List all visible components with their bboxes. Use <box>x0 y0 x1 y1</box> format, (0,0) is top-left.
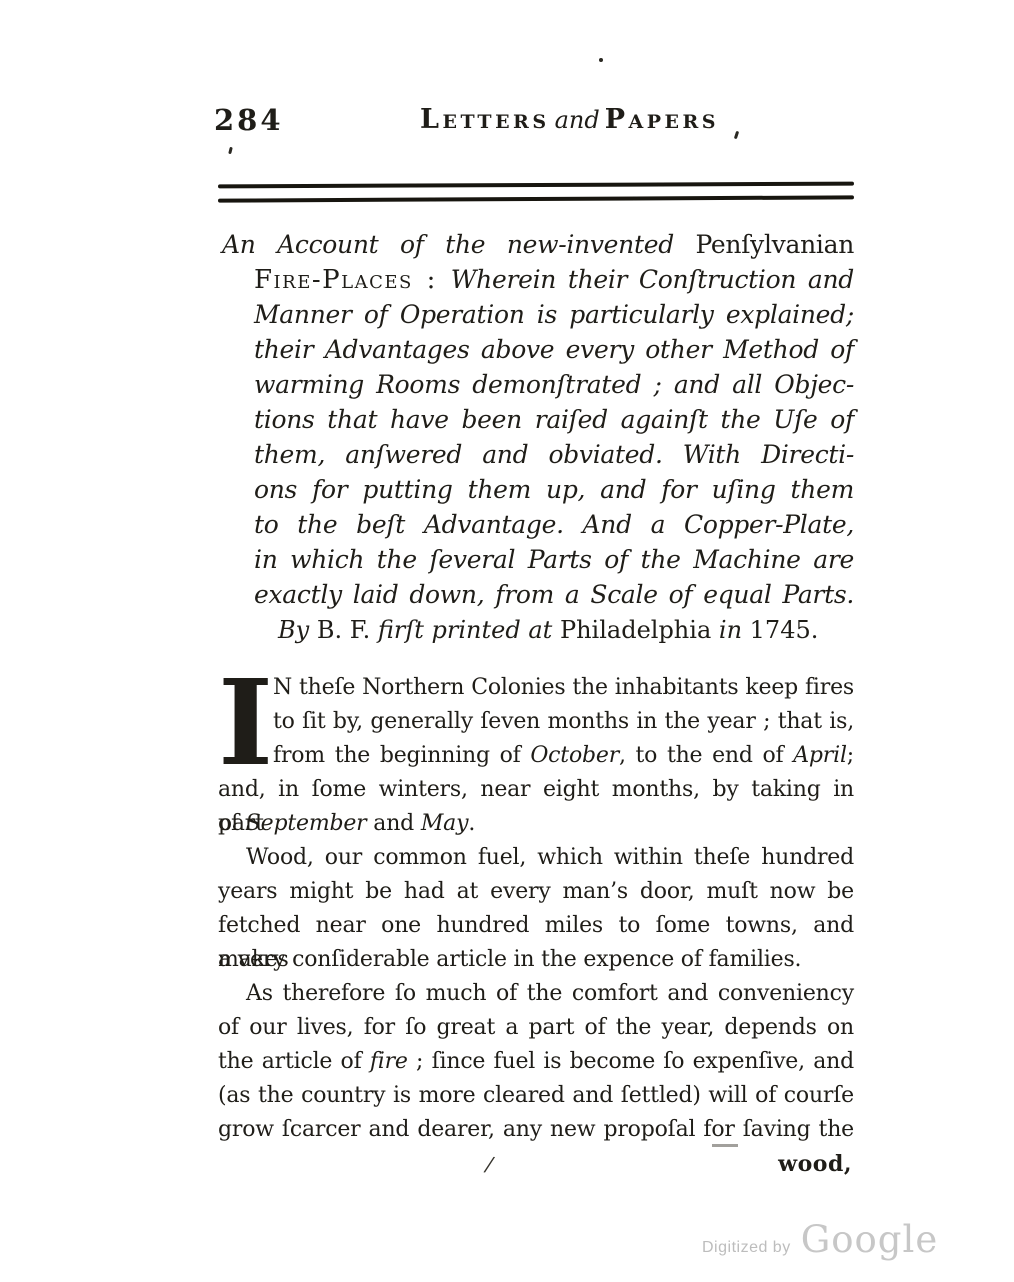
text-line: and, in ſome winters, near eight months,… <box>218 773 854 807</box>
title-line-11: exactly laid down, from a Scale of equal… <box>222 577 854 612</box>
text-segment: (as the country is more cleared and ſett… <box>218 1083 854 1108</box>
paragraph-1: N theſe Northern Colonies the inhabitant… <box>218 671 854 841</box>
title-line-7: them, anſwered and obviated. With Direct… <box>222 437 854 472</box>
text-line: of our lives, for ſo great a part of the… <box>218 1011 854 1045</box>
title-line-5: warming Rooms demonſtrated ; and all Obj… <box>222 367 854 402</box>
text-segment: Wood, our common fuel, which within theſ… <box>246 845 854 870</box>
ink-smudge <box>712 1144 738 1147</box>
ink-speck <box>599 58 603 62</box>
text-segment: exactly laid down, from a Scale of equal… <box>254 580 854 609</box>
text-line: Wood, our common fuel, which within theſ… <box>218 841 854 875</box>
text-segment: of <box>218 811 246 836</box>
body-text: I N theſe Northern Colonies the inhabita… <box>218 671 854 1181</box>
text-segment: May <box>421 811 468 836</box>
text-segment: of our lives, for ſo great a part of the… <box>218 1015 854 1040</box>
title-block: An Account of the new-invented Penſylvan… <box>222 227 854 612</box>
text-line: to ſit by, generally ſeven months in the… <box>218 705 854 739</box>
text-line: (as the country is more cleared and ſett… <box>218 1079 854 1113</box>
catchword: wood, <box>218 1147 854 1181</box>
text-segment: Letters <box>420 104 550 135</box>
horizontal-rule-top <box>218 182 854 189</box>
text-segment: in which the ſeveral Parts of the Machin… <box>254 545 854 574</box>
text-segment: April <box>793 743 847 768</box>
text-segment: to ſit by, generally ſeven months in the… <box>273 709 854 734</box>
text-segment: Fire-Places : <box>254 265 451 295</box>
watermark-prefix: Digitized by <box>702 1239 791 1257</box>
text-segment: Papers <box>605 104 719 135</box>
title-line-6: tions that have been raiſed againſt the … <box>222 402 854 437</box>
text-segment: a very conſiderable article in the expen… <box>218 947 801 972</box>
text-segment: in <box>719 616 750 644</box>
text-line: grow ſcarcer and dearer, any new propoſa… <box>218 1113 854 1147</box>
text-segment: N theſe Northern Colonies the inhabitant… <box>273 675 854 700</box>
paragraph-3: As therefore ſo much of the comfort and … <box>218 977 854 1147</box>
paragraph-2: Wood, our common fuel, which within theſ… <box>218 841 854 977</box>
text-line: As therefore ſo much of the comfort and … <box>218 977 854 1011</box>
text-line: of September and May. <box>218 807 854 841</box>
title-line-8: ons for putting them up, and for uſing t… <box>222 472 854 507</box>
text-segment: Philadelphia <box>560 616 719 644</box>
text-segment: their Advantages above every other Metho… <box>254 335 854 364</box>
text-line: the article of fire ; ſince fuel is beco… <box>218 1045 854 1079</box>
text-segment: ; <box>847 743 854 768</box>
running-head: LettersandPapers <box>420 104 719 135</box>
ink-speck <box>228 147 233 155</box>
text-segment: and <box>550 106 605 134</box>
text-segment: An Account of the new-invented <box>222 230 696 259</box>
text-line: years might be had at every man’s door, … <box>218 875 854 909</box>
text-segment: firſt printed at <box>378 616 560 644</box>
title-line-4: their Advantages above every other Metho… <box>222 332 854 367</box>
text-segment: to the beſt Advantage. And a Copper-Plat… <box>254 510 854 539</box>
title-line-10: in which the ſeveral Parts of the Machin… <box>222 542 854 577</box>
text-line: from the beginning of October, to the en… <box>218 739 854 773</box>
text-segment: Manner of Operation is particularly expl… <box>254 300 854 329</box>
page-number: 284 <box>214 103 284 137</box>
text-segment: , to the end of <box>619 743 793 768</box>
text-segment: 1745. <box>750 616 819 644</box>
text-segment: and <box>367 811 421 836</box>
ink-speck <box>734 131 739 140</box>
text-line: fetched near one hundred miles to ſome t… <box>218 909 854 943</box>
byline: By B. F. firſt printed at Philadelphia i… <box>278 612 818 648</box>
text-segment: warming Rooms demonſtrated ; and all Obj… <box>254 370 854 399</box>
text-segment: Penſylvanian <box>696 230 855 259</box>
google-logo: Google <box>801 1218 939 1261</box>
title-line-3: Manner of Operation is particularly expl… <box>222 297 854 332</box>
text-segment: . <box>468 811 475 836</box>
text-segment: B. F. <box>317 616 378 644</box>
text-line: a very conſiderable article in the expen… <box>218 943 854 977</box>
title-line-1: An Account of the new-invented Penſylvan… <box>222 227 854 262</box>
text-segment: from the beginning of <box>273 743 530 768</box>
text-segment: By <box>278 616 317 644</box>
drop-cap-initial: I <box>218 676 264 772</box>
text-segment: years might be had at every man’s door, … <box>218 879 854 904</box>
title-line-9: to the beſt Advantage. And a Copper-Plat… <box>222 507 854 542</box>
text-segment: September <box>246 811 367 836</box>
title-line-2: Fire-Places : Wherein their Conſtruction… <box>222 262 854 297</box>
text-segment: ; ſince fuel is become ſo expenſive, and <box>408 1049 854 1074</box>
text-segment: the article of <box>218 1049 370 1074</box>
text-segment: As therefore ſo much of the comfort and … <box>246 981 854 1006</box>
text-line: N theſe Northern Colonies the inhabitant… <box>218 671 854 705</box>
text-segment: ons for putting them up, and for uſing t… <box>254 475 854 504</box>
text-segment: them, anſwered and obviated. With Direct… <box>254 440 854 469</box>
text-segment: October <box>530 743 619 768</box>
text-segment: grow ſcarcer and dearer, any new propoſa… <box>218 1117 854 1142</box>
text-segment: tions that have been raiſed againſt the … <box>254 405 854 434</box>
text-segment: Wherein their Conſtruction and <box>451 265 854 294</box>
horizontal-rule-bottom <box>218 195 854 202</box>
text-segment: fire <box>370 1049 408 1074</box>
digitized-watermark: Digitized by Google <box>702 1218 938 1261</box>
